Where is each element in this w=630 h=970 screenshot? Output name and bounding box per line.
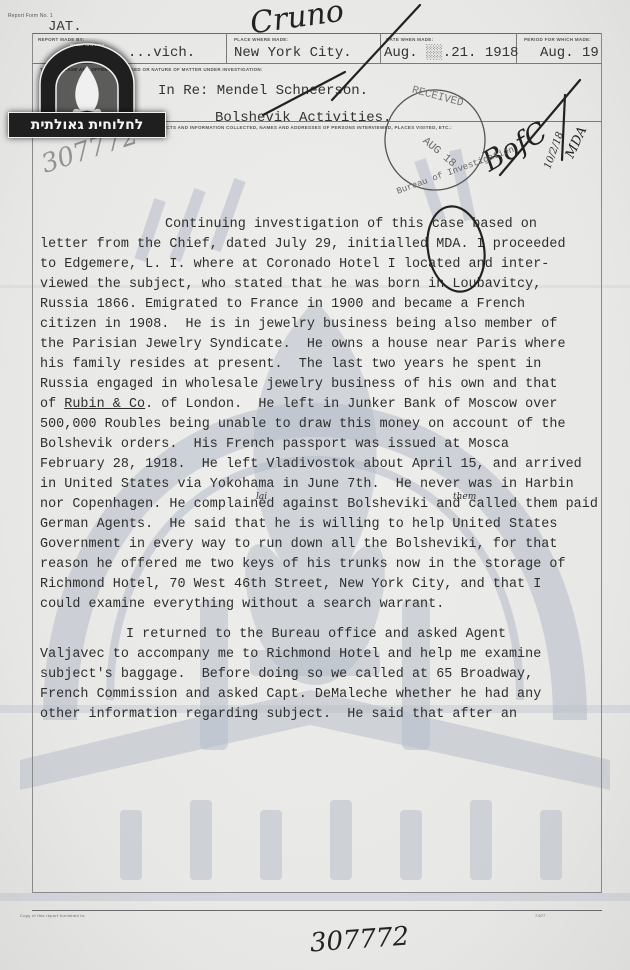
body-line: French Commission and asked Capt. DeMale… [40,685,600,705]
facts-label: Facts and information collected, names a… [160,125,452,130]
handwritten-insertion: lai [256,492,267,502]
body-line: Valjavec to accompany me to Richmond Hot… [40,645,600,665]
typist-initials: JAT. [48,19,82,35]
copy-furnished-label: Copy of this report furnished to: [20,913,86,918]
body-line-suffix: . of London. He left in Junker Bank of M… [145,397,557,412]
body-line: nor Copenhagen. He complained against Bo… [40,495,600,515]
body-line: citizen in 1908. He is in jewelry busine… [40,315,600,335]
footer-divider [32,910,602,911]
date-label: Date when made: [386,37,433,42]
case-offense: Bolshevik Activities. [215,110,391,126]
form-column-divider [226,33,227,63]
handwritten-file-number-bottom: 307772 [309,922,410,959]
body-line: subject's baggage. Before doing so we ca… [40,665,600,685]
logo-arch-text: האירו פתחי הספרים [44,42,130,47]
form-column-divider [380,33,381,63]
body-line: his family resides at present. The last … [40,355,600,375]
handwritten-insertion: them [453,492,476,502]
body-line: German Agents. He said that he is willin… [40,515,600,535]
logo-banner-text: לחלוחית גאולתית [8,112,166,138]
body-line: Richmond Hotel, 70 West 46th Street, New… [40,575,600,595]
body-line: letter from the Chief, dated July 29, in… [40,235,600,255]
body-line: February 28, 1918. He left Vladivostok a… [40,455,600,475]
body-line-prefix: of [40,397,64,412]
body-line: to Edgemere, L. I. where at Coronado Hot… [40,255,600,275]
form-code: 7-677 [535,913,545,918]
place-value: New York City. [234,45,352,61]
body-line: viewed the subject, who stated that he w… [40,275,600,295]
body-line: I returned to the Bureau office and aske… [40,625,600,645]
body-line: Russia 1866. Emigrated to France in 1900… [40,295,600,315]
underlined-company-name: Rubin & Co [64,397,145,412]
body-line-underlined: of Rubin & Co. of London. He left in Jun… [40,395,600,415]
date-value: Aug. ░░.21. 1918 [384,45,518,61]
body-line: reason he offered me two keys of his tru… [40,555,600,575]
report-body: Continuing investigation of this case ba… [40,215,600,725]
body-line: Continuing investigation of this case ba… [40,215,600,235]
document-page: Report Form No. 1 JAT. Report made by: .… [0,0,630,970]
body-line: other information regarding subject. He … [40,705,600,725]
logo: חי האירו פתחי הספרים לחלוחית גאולתית [8,38,166,150]
body-line: Bolshevik orders. His French passport wa… [40,435,600,455]
period-value: Aug. 19 [540,45,599,61]
body-line: could examine everything without a searc… [40,595,600,615]
body-line: 500,000 Roubles being unable to draw thi… [40,415,600,435]
body-line: Government in every way to run down all … [40,535,600,555]
body-line: in United States via Yokohama in June 7t… [40,475,600,495]
body-line: the Parisian Jewelry Syndicate. He owns … [40,335,600,355]
period-label: Period for which made: [524,37,591,42]
case-subject: In Re: Mendel Schneerson. [158,83,368,99]
form-number-label: Report Form No. 1 [8,13,53,19]
body-line: Russia engaged in wholesale jewelry busi… [40,375,600,395]
